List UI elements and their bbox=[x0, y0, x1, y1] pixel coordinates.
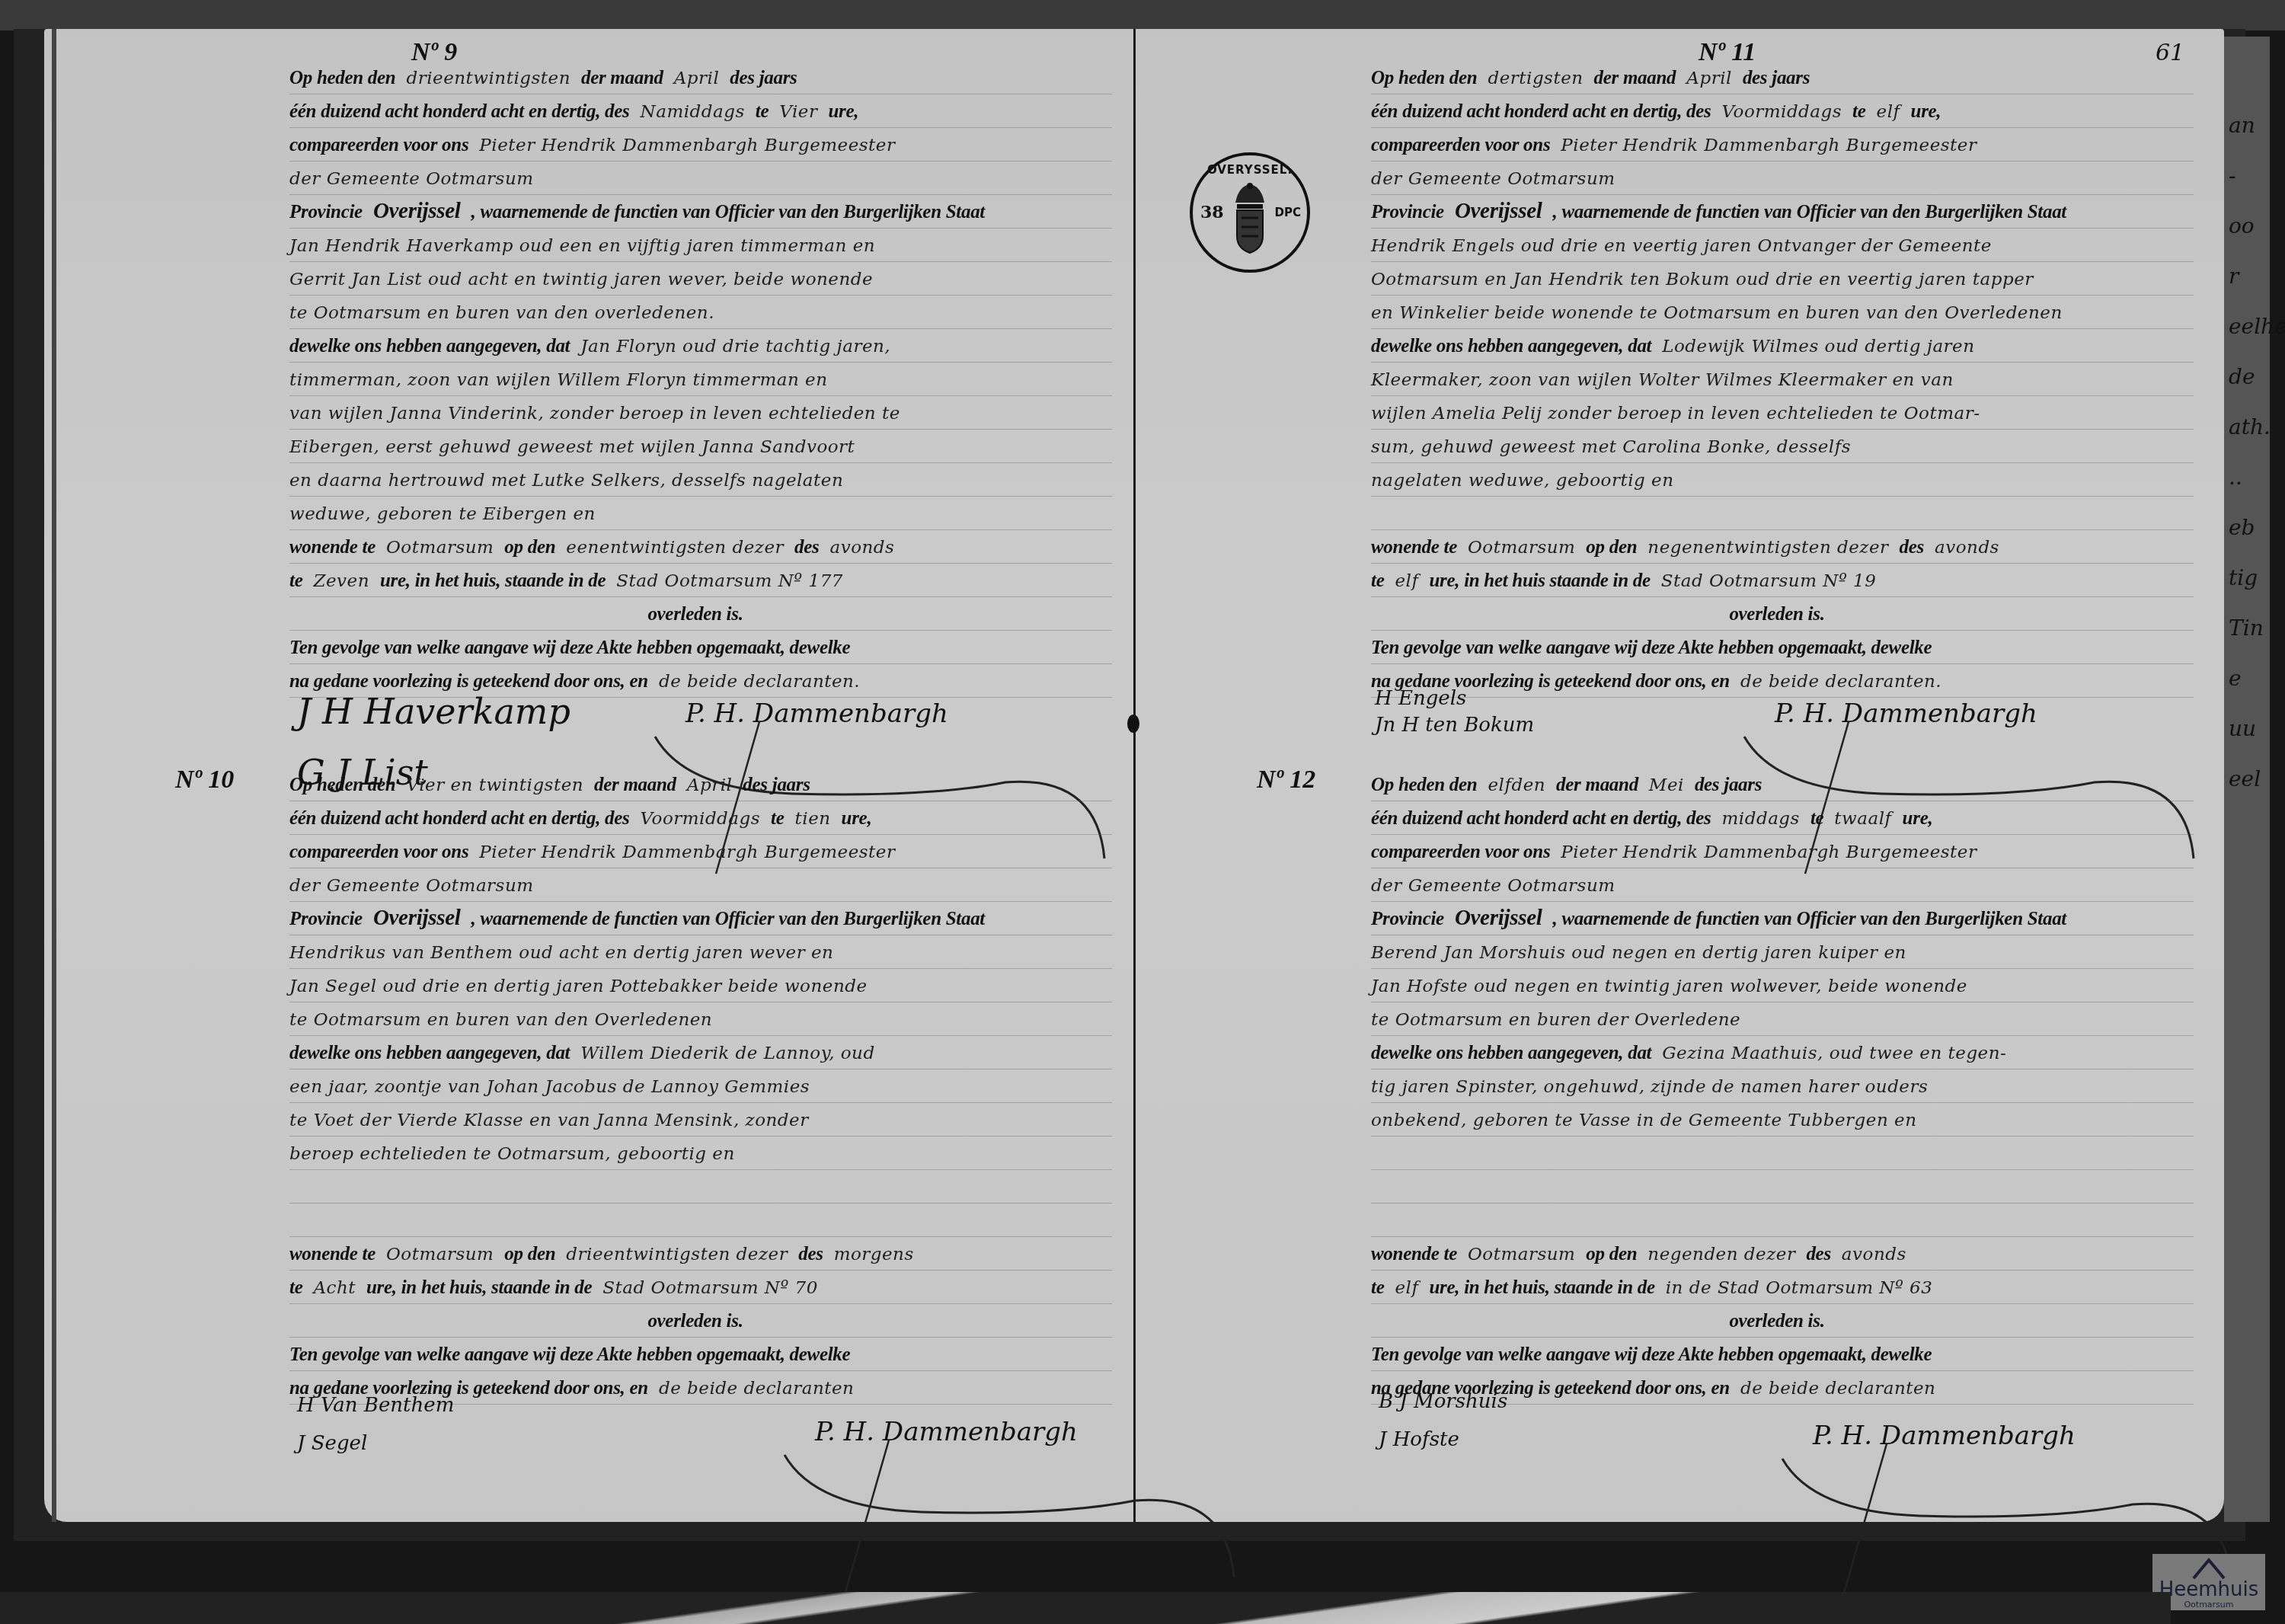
handwritten-text: Gerrit Jan List oud acht en twintig jare… bbox=[289, 270, 873, 289]
certificate-line bbox=[1371, 1170, 2194, 1204]
handwritten-text: elf bbox=[1877, 102, 1900, 122]
certificate-line bbox=[1371, 1204, 2194, 1237]
handwritten-text: de beide declaranten bbox=[1740, 1379, 1935, 1399]
certificate-line: overleden is. bbox=[1371, 597, 2194, 631]
certificate-line: wonende teOotmarsumop deneenentwintigste… bbox=[289, 530, 1112, 564]
printed-text: ure, bbox=[828, 101, 858, 122]
printed-text: des jaars bbox=[730, 68, 797, 88]
printed-text: des bbox=[798, 1244, 823, 1264]
adjacent-page-text-fragment: oo bbox=[2229, 213, 2267, 238]
handwritten-text: Kleermaker, zoon van wijlen Wolter Wilme… bbox=[1371, 370, 1954, 390]
printed-text: des bbox=[1806, 1244, 1830, 1264]
handwritten-text: Namiddags bbox=[641, 102, 745, 122]
death-certificate-entry: Op heden denelfdender maandMeides jaarsé… bbox=[1371, 768, 2194, 1405]
printed-text: Provincie bbox=[1371, 909, 1444, 929]
certificate-line: teelfure, in het huis, staande in dein d… bbox=[1371, 1271, 2194, 1304]
handwritten-text: nagelaten weduwe, geboortig en bbox=[1371, 471, 1673, 491]
certificate-line: ProvincieOverijssel, waarnemende de func… bbox=[1371, 902, 2194, 935]
handwritten-text: Hendrikus van Benthem oud acht en dertig… bbox=[289, 943, 833, 963]
certificate-line: dewelke ons hebben aangegeven, datWillem… bbox=[289, 1036, 1112, 1069]
certificate-line: te Ootmarsum en buren van den overledene… bbox=[289, 296, 1112, 329]
handwritten-text: Ootmarsum en Jan Hendrik ten Bokum oud d… bbox=[1371, 270, 2034, 289]
printed-text: Ten gevolge van welke aangave wij deze A… bbox=[289, 1344, 850, 1365]
handwritten-text: der Gemeente Ootmarsum bbox=[289, 169, 534, 189]
adjacent-page-text-fragment: Tin bbox=[2229, 615, 2267, 641]
handwritten-text: twaalf bbox=[1834, 809, 1891, 829]
certificate-line: één duizend acht honderd acht en dertig,… bbox=[1371, 94, 2194, 128]
handwritten-text: Jan Segel oud drie en dertig jaren Potte… bbox=[289, 977, 868, 996]
scanner-bottom-strip bbox=[0, 1592, 2171, 1624]
handwritten-text: Pieter Hendrik Dammenbargh Burgemeester bbox=[479, 842, 895, 862]
printed-text: ure, in het huis, staande in de bbox=[366, 1277, 592, 1298]
certificate-line: Ten gevolge van welke aangave wij deze A… bbox=[289, 631, 1112, 664]
handwritten-text: April bbox=[1686, 69, 1732, 88]
certificate-line: een jaar, zoontje van Johan Jacobus de L… bbox=[289, 1069, 1112, 1103]
province-name: Overijssel bbox=[1455, 199, 1542, 223]
province-name: Overijssel bbox=[373, 906, 461, 930]
certificate-line: teAchture, in het huis, staande in deSta… bbox=[289, 1271, 1112, 1304]
certificate-line: Hendrikus van Benthem oud acht en dertig… bbox=[289, 935, 1112, 969]
scanner-top-band bbox=[0, 0, 2285, 30]
certificate-line: dewelke ons hebben aangegeven, datLodewi… bbox=[1371, 329, 2194, 363]
handwritten-text: dertigsten bbox=[1488, 69, 1583, 88]
handwritten-text: morgens bbox=[834, 1245, 914, 1264]
declarant-signature: Jn H ten Bokum bbox=[1375, 714, 1534, 737]
certificate-line: Ootmarsum en Jan Hendrik ten Bokum oud d… bbox=[1371, 262, 2194, 296]
printed-text: des bbox=[1900, 537, 1924, 558]
handwritten-text: tig jaren Spinster, ongehuwd, zijnde de … bbox=[1371, 1077, 1928, 1097]
handwritten-text: Jan Hendrik Haverkamp oud een en vijftig… bbox=[289, 236, 875, 256]
handwritten-text: te Voet der Vierde Klasse en van Janna M… bbox=[289, 1111, 809, 1130]
handwritten-text: de beide declaranten. bbox=[1740, 672, 1941, 692]
handwritten-text: sum, gehuwd geweest met Carolina Bonke, … bbox=[1371, 437, 1851, 457]
adjacent-page-text-fragment: de bbox=[2229, 364, 2267, 389]
handwritten-text: avonds bbox=[1935, 538, 1999, 558]
certificate-line: der Gemeente Ootmarsum bbox=[1371, 868, 2194, 902]
printed-text: te bbox=[1371, 571, 1384, 591]
certificate-line: Gerrit Jan List oud acht en twintig jare… bbox=[289, 262, 1112, 296]
handwritten-text: Lodewijk Wilmes oud dertig jaren bbox=[1662, 337, 1974, 356]
printed-text: compareerden voor ons bbox=[289, 135, 468, 155]
handwritten-text: Ootmarsum bbox=[1468, 1245, 1575, 1264]
certificate-line: Kleermaker, zoon van wijlen Wolter Wilme… bbox=[1371, 363, 2194, 396]
handwritten-text: Willem Diederik de Lannoy, oud bbox=[580, 1044, 874, 1063]
printed-text: der maand bbox=[1556, 775, 1638, 795]
handwritten-text: Zeven bbox=[313, 571, 369, 591]
printed-text: overleden is. bbox=[1729, 604, 1824, 625]
certificate-line: Op heden denVier en twintigstender maand… bbox=[289, 768, 1112, 801]
printed-text: te bbox=[1852, 101, 1865, 122]
stamp-denomination: DPC bbox=[1275, 206, 1301, 219]
printed-text: wonende te bbox=[289, 1244, 376, 1264]
certificate-line: Op heden dendertigstender maandAprildes … bbox=[1371, 61, 2194, 94]
declarant-signature: H Engels bbox=[1375, 687, 1466, 710]
declarant-signature: J H Haverkamp bbox=[297, 691, 570, 732]
book-spine bbox=[1133, 29, 1136, 1522]
certificate-line: der Gemeente Ootmarsum bbox=[1371, 161, 2194, 195]
certificate-line: beroep echtelieden te Ootmarsum, geboort… bbox=[289, 1136, 1112, 1170]
certificate-line: teZevenure, in het huis, staande in deSt… bbox=[289, 564, 1112, 597]
printed-text: , waarnemende de functien van Officier v… bbox=[1552, 909, 2066, 929]
printed-text: na gedane voorlezing is geteekend door o… bbox=[289, 671, 648, 692]
certificate-line: sum, gehuwd geweest met Carolina Bonke, … bbox=[1371, 430, 2194, 463]
certificate-line bbox=[289, 1170, 1112, 1204]
handwritten-text: Pieter Hendrik Dammenbargh Burgemeester bbox=[1561, 842, 1977, 862]
adjacent-page-text-fragment: eel bbox=[2229, 766, 2267, 791]
printed-text: overleden is. bbox=[1729, 1311, 1824, 1331]
certificate-line: wonende teOotmarsumop dennegenden dezerd… bbox=[1371, 1237, 2194, 1271]
certificate-line: Eibergen, eerst gehuwd geweest met wijle… bbox=[289, 430, 1112, 463]
printed-text: één duizend acht honderd acht en dertig,… bbox=[289, 101, 630, 122]
handwritten-text: drieentwintigsten bbox=[406, 69, 570, 88]
printed-text: ure, bbox=[842, 808, 872, 829]
printed-text: op den bbox=[504, 1244, 555, 1264]
handwritten-text: in de Stad Ootmarsum Nº 63 bbox=[1666, 1278, 1933, 1298]
province-name: Overijssel bbox=[373, 199, 461, 223]
printed-text: te bbox=[771, 808, 784, 829]
printed-text: dewelke ons hebben aangegeven, dat bbox=[1371, 336, 1651, 356]
handwritten-text: weduwe, geboren te Eibergen en bbox=[289, 504, 596, 524]
handwritten-text: Stad Ootmarsum Nº 177 bbox=[616, 571, 843, 591]
printed-text: dewelke ons hebben aangegeven, dat bbox=[289, 336, 570, 356]
adjacent-page-text-fragment: .. bbox=[2229, 465, 2267, 490]
printed-text: des jaars bbox=[1695, 775, 1762, 795]
declarant-signature: J Segel bbox=[297, 1432, 367, 1455]
printed-text: één duizend acht honderd acht en dertig,… bbox=[289, 808, 630, 829]
printed-text: te bbox=[756, 101, 769, 122]
certificate-line: Op heden dendrieentwintigstender maandAp… bbox=[289, 61, 1112, 94]
certificate-line: teelfure, in het huis staande in deStad … bbox=[1371, 564, 2194, 597]
tax-stamp: OVERYSSEL. 38 DPC bbox=[1190, 152, 1310, 273]
handwritten-text: drieentwintigsten dezer bbox=[566, 1245, 788, 1264]
certificate-line: der Gemeente Ootmarsum bbox=[289, 868, 1112, 902]
handwritten-text: Jan Hofste oud negen en twintig jaren wo… bbox=[1371, 977, 1967, 996]
printed-text: wonende te bbox=[289, 537, 376, 558]
province-name: Overijssel bbox=[1455, 906, 1542, 930]
certificate-line: onbekend, geboren te Vasse in de Gemeent… bbox=[1371, 1103, 2194, 1136]
handwritten-text: elfden bbox=[1488, 775, 1545, 795]
printed-text: compareerden voor ons bbox=[289, 842, 468, 862]
handwritten-text: avonds bbox=[829, 538, 894, 558]
printed-text: te bbox=[1371, 1277, 1384, 1298]
handwritten-text: eenentwintigsten dezer bbox=[566, 538, 784, 558]
certificate-line: Hendrik Engels oud drie en veertig jaren… bbox=[1371, 229, 2194, 262]
certificate-line: ProvincieOverijssel, waarnemende de func… bbox=[289, 902, 1112, 935]
handwritten-text: Gezina Maathuis, oud twee en tegen- bbox=[1662, 1044, 2006, 1063]
printed-text: Op heden den bbox=[289, 68, 395, 88]
entry-number: Nº 12 bbox=[1257, 766, 1315, 794]
signature-flourish bbox=[769, 1440, 1257, 1607]
printed-text: ure, in het huis staande in de bbox=[1429, 571, 1650, 591]
watermark-name: Heemhuis bbox=[2159, 1580, 2259, 1600]
certificate-line: dewelke ons hebben aangegeven, datGezina… bbox=[1371, 1036, 2194, 1069]
death-certificate-entry: Op heden dendertigstender maandAprildes … bbox=[1371, 61, 2194, 698]
handwritten-text: elf bbox=[1395, 571, 1418, 591]
certificate-line: compareerden voor onsPieter Hendrik Damm… bbox=[1371, 835, 2194, 868]
certificate-line: Ten gevolge van welke aangave wij deze A… bbox=[1371, 1338, 2194, 1371]
printed-text: Op heden den bbox=[1371, 68, 1477, 88]
certificate-line bbox=[1371, 1136, 2194, 1170]
printed-text: des jaars bbox=[1743, 68, 1810, 88]
printed-text: dewelke ons hebben aangegeven, dat bbox=[289, 1043, 570, 1063]
handwritten-text: middags bbox=[1722, 809, 1800, 829]
certificate-line: Ten gevolge van welke aangave wij deze A… bbox=[1371, 631, 2194, 664]
certificate-line: compareerden voor onsPieter Hendrik Damm… bbox=[289, 835, 1112, 868]
handwritten-text: te Ootmarsum en buren van den overledene… bbox=[289, 303, 714, 323]
certificate-line: één duizend acht honderd acht en dertig,… bbox=[1371, 801, 2194, 835]
handwritten-text: Ootmarsum bbox=[1468, 538, 1575, 558]
printed-text: compareerden voor ons bbox=[1371, 842, 1550, 862]
adjacent-page-text-fragment: r bbox=[2229, 264, 2267, 289]
printed-text: te bbox=[1810, 808, 1823, 829]
handwritten-text: beroep echtelieden te Ootmarsum, geboort… bbox=[289, 1144, 735, 1164]
handwritten-text: en daarna hertrouwd met Lutke Selkers, d… bbox=[289, 471, 843, 491]
crown-shield-icon bbox=[1231, 181, 1269, 254]
printed-text: op den bbox=[1586, 1244, 1637, 1264]
handwritten-text: Voormiddags bbox=[641, 809, 761, 829]
printed-text: Op heden den bbox=[1371, 775, 1477, 795]
handwritten-text: Hendrik Engels oud drie en veertig jaren… bbox=[1371, 236, 1992, 256]
certificate-line: Jan Hendrik Haverkamp oud een en vijftig… bbox=[289, 229, 1112, 262]
certificate-line: ProvincieOverijssel, waarnemende de func… bbox=[289, 195, 1112, 229]
certificate-line: compareerden voor onsPieter Hendrik Damm… bbox=[289, 128, 1112, 161]
certificate-line: wonende teOotmarsumop dennegenentwintigs… bbox=[1371, 530, 2194, 564]
printed-text: des bbox=[794, 537, 819, 558]
handwritten-text: Vier en twintigsten bbox=[406, 775, 583, 795]
certificate-line: weduwe, geboren te Eibergen en bbox=[289, 497, 1112, 530]
printed-text: ure, bbox=[1911, 101, 1941, 122]
declarant-signature: J Hofste bbox=[1379, 1428, 1459, 1451]
handwritten-text: negenentwintigsten dezer bbox=[1647, 538, 1888, 558]
certificate-line: na gedane voorlezing is geteekend door o… bbox=[1371, 664, 2194, 698]
certificate-line: ProvincieOverijssel, waarnemende de func… bbox=[1371, 195, 2194, 229]
handwritten-text: Stad Ootmarsum Nº 70 bbox=[602, 1278, 817, 1298]
house-roof-icon bbox=[2191, 1557, 2227, 1580]
watermark-subtitle: Ootmarsum bbox=[2184, 1600, 2233, 1610]
certificate-line: één duizend acht honderd acht en dertig,… bbox=[289, 94, 1112, 128]
certificate-line: Jan Hofste oud negen en twintig jaren wo… bbox=[1371, 969, 2194, 1002]
handwritten-text: en Winkelier beide wonende te Ootmarsum … bbox=[1371, 303, 2063, 323]
handwritten-text: timmerman, zoon van wijlen Willem Floryn… bbox=[289, 370, 828, 390]
handwritten-text: tien bbox=[795, 809, 831, 829]
printed-text: der maand bbox=[581, 68, 663, 88]
adjacent-page-text-fragment: uu bbox=[2229, 716, 2267, 741]
printed-text: op den bbox=[504, 537, 555, 558]
printed-text: wonende te bbox=[1371, 1244, 1457, 1264]
certificate-line: Berend Jan Morshuis oud negen en dertig … bbox=[1371, 935, 2194, 969]
certificate-line: overleden is. bbox=[289, 1304, 1112, 1338]
adjacent-page-text-fragment: - bbox=[2229, 163, 2267, 188]
certificate-line: te Ootmarsum en buren van den Overledene… bbox=[289, 1002, 1112, 1036]
certificate-line: timmerman, zoon van wijlen Willem Floryn… bbox=[289, 363, 1112, 396]
printed-text: der maand bbox=[1594, 68, 1676, 88]
printed-text: des jaars bbox=[743, 775, 810, 795]
printed-text: Ten gevolge van welke aangave wij deze A… bbox=[289, 638, 850, 658]
adjacent-page-text-fragment: ath. bbox=[2229, 414, 2267, 440]
certificate-line: te Voet der Vierde Klasse en van Janna M… bbox=[289, 1103, 1112, 1136]
printed-text: ure, bbox=[1903, 808, 1933, 829]
declarant-signature: H Van Benthem bbox=[297, 1394, 454, 1417]
binding-thread-knot bbox=[1127, 714, 1139, 733]
printed-text: Provincie bbox=[289, 909, 363, 929]
declarant-signature: B J Morshuis bbox=[1379, 1390, 1507, 1413]
printed-text: compareerden voor ons bbox=[1371, 135, 1550, 155]
printed-text: , waarnemende de functien van Officier v… bbox=[471, 202, 985, 222]
certificate-line: wonende teOotmarsumop dendrieentwintigst… bbox=[289, 1237, 1112, 1271]
entry-number: Nº 10 bbox=[175, 766, 234, 794]
certificate-line: overleden is. bbox=[289, 597, 1112, 631]
handwritten-text: de beide declaranten bbox=[659, 1379, 854, 1399]
handwritten-text: Vier bbox=[779, 102, 817, 122]
certificate-line: Jan Segel oud drie en dertig jaren Potte… bbox=[289, 969, 1112, 1002]
handwritten-text: Pieter Hendrik Dammenbargh Burgemeester bbox=[479, 136, 895, 155]
certificate-line: tig jaren Spinster, ongehuwd, zijnde de … bbox=[1371, 1069, 2194, 1103]
handwritten-text: Ootmarsum bbox=[386, 1245, 494, 1264]
page-edge-shadow bbox=[52, 29, 56, 1522]
handwritten-text: Jan Floryn oud drie tachtig jaren, bbox=[580, 337, 890, 356]
printed-text: Ten gevolge van welke aangave wij deze A… bbox=[1371, 1344, 1932, 1365]
printed-text: overleden is. bbox=[647, 1311, 743, 1331]
printed-text: , waarnemende de functien van Officier v… bbox=[1552, 202, 2066, 222]
printed-text: Provincie bbox=[289, 202, 363, 222]
printed-text: , waarnemende de functien van Officier v… bbox=[471, 909, 985, 929]
handwritten-text: Berend Jan Morshuis oud negen en dertig … bbox=[1371, 943, 1906, 963]
adjacent-page-text-fragment: tig bbox=[2229, 565, 2267, 590]
adjacent-page-text-fragment: eb bbox=[2229, 515, 2267, 540]
certificate-line: te Ootmarsum en buren der Overledene bbox=[1371, 1002, 2194, 1036]
certificate-line: van wijlen Janna Vinderink, zonder beroe… bbox=[289, 396, 1112, 430]
certificate-line bbox=[1371, 497, 2194, 530]
certificate-line: Op heden denelfdender maandMeides jaars bbox=[1371, 768, 2194, 801]
adjacent-page-text-fragment: e bbox=[2229, 666, 2267, 691]
handwritten-text: Acht bbox=[313, 1278, 356, 1298]
handwritten-text: onbekend, geboren te Vasse in de Gemeent… bbox=[1371, 1111, 1916, 1130]
handwritten-text: Ootmarsum bbox=[386, 538, 494, 558]
printed-text: wonende te bbox=[1371, 537, 1457, 558]
printed-text: ure, in het huis, staande in de bbox=[380, 571, 606, 591]
handwritten-text: April bbox=[674, 69, 720, 88]
certificate-line: nagelaten weduwe, geboortig en bbox=[1371, 463, 2194, 497]
handwritten-text: April bbox=[687, 775, 733, 795]
certificate-line: wijlen Amelia Pelij zonder beroep in lev… bbox=[1371, 396, 2194, 430]
handwritten-text: avonds bbox=[1842, 1245, 1906, 1264]
handwritten-text: een jaar, zoontje van Johan Jacobus de L… bbox=[289, 1077, 810, 1097]
certificate-line: en daarna hertrouwd met Lutke Selkers, d… bbox=[289, 463, 1112, 497]
printed-text: der maand bbox=[594, 775, 676, 795]
stamp-province-text: OVERYSSEL. bbox=[1193, 163, 1307, 177]
handwritten-text: elf bbox=[1395, 1278, 1418, 1298]
printed-text: één duizend acht honderd acht en dertig,… bbox=[1371, 808, 1711, 829]
adjacent-page-text-fragment: eelhe bbox=[2229, 314, 2267, 339]
handwritten-text: Stad Ootmarsum Nº 19 bbox=[1661, 571, 1876, 591]
certificate-line: der Gemeente Ootmarsum bbox=[289, 161, 1112, 195]
printed-text: te bbox=[289, 571, 302, 591]
printed-text: dewelke ons hebben aangegeven, dat bbox=[1371, 1043, 1651, 1063]
adjacent-page-text-fragment: an bbox=[2229, 113, 2267, 138]
death-certificate-entry: Op heden denVier en twintigstender maand… bbox=[289, 768, 1112, 1405]
handwritten-text: de beide declaranten. bbox=[659, 672, 860, 692]
printed-text: Op heden den bbox=[289, 775, 395, 795]
printed-text: Ten gevolge van welke aangave wij deze A… bbox=[1371, 638, 1932, 658]
printed-text: Provincie bbox=[1371, 202, 1444, 222]
certificate-line: overleden is. bbox=[1371, 1304, 2194, 1338]
certificate-line: dewelke ons hebben aangegeven, datJan Fl… bbox=[289, 329, 1112, 363]
handwritten-text: Pieter Hendrik Dammenbargh Burgemeester bbox=[1561, 136, 1977, 155]
printed-text: op den bbox=[1586, 537, 1637, 558]
stamp-number: 38 bbox=[1200, 203, 1224, 222]
certificate-line: Ten gevolge van welke aangave wij deze A… bbox=[289, 1338, 1112, 1371]
handwritten-text: wijlen Amelia Pelij zonder beroep in lev… bbox=[1371, 404, 1980, 424]
handwritten-text: Voormiddags bbox=[1722, 102, 1842, 122]
handwritten-text: Eibergen, eerst gehuwd geweest met wijle… bbox=[289, 437, 855, 457]
certificate-line: en Winkelier beide wonende te Ootmarsum … bbox=[1371, 296, 2194, 329]
death-certificate-entry: Op heden dendrieentwintigstender maandAp… bbox=[289, 61, 1112, 698]
printed-text: één duizend acht honderd acht en dertig,… bbox=[1371, 101, 1711, 122]
next-page-edge: an-ooreelhedeath...ebtigTineuueel bbox=[2224, 37, 2270, 1522]
handwritten-text: der Gemeente Ootmarsum bbox=[1371, 169, 1615, 189]
handwritten-text: Mei bbox=[1649, 775, 1684, 795]
handwritten-text: te Ootmarsum en buren der Overledene bbox=[1371, 1010, 1740, 1030]
printed-text: overleden is. bbox=[647, 604, 743, 625]
handwritten-text: negenden dezer bbox=[1647, 1245, 1795, 1264]
certificate-line: één duizend acht honderd acht en dertig,… bbox=[289, 801, 1112, 835]
certificate-line: compareerden voor onsPieter Hendrik Damm… bbox=[1371, 128, 2194, 161]
handwritten-text: der Gemeente Ootmarsum bbox=[289, 876, 534, 896]
printed-text: te bbox=[289, 1277, 302, 1298]
handwritten-text: van wijlen Janna Vinderink, zonder beroe… bbox=[289, 404, 900, 424]
handwritten-text: te Ootmarsum en buren van den Overledene… bbox=[289, 1010, 712, 1030]
certificate-line bbox=[289, 1204, 1112, 1237]
printed-text: ure, in het huis, staande in de bbox=[1429, 1277, 1654, 1298]
handwritten-text: der Gemeente Ootmarsum bbox=[1371, 876, 1615, 896]
